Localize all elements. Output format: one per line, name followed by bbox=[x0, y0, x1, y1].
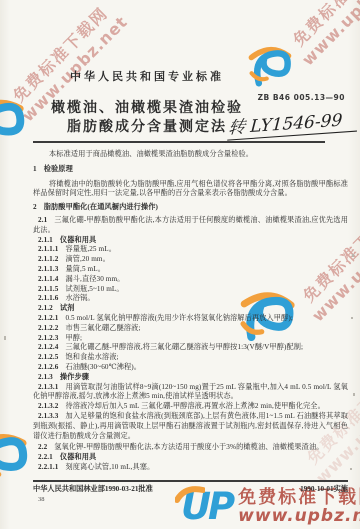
clause-number: 2.1.2.4 bbox=[38, 343, 58, 351]
standard-header: 中华人民共和国专业标准 bbox=[32, 68, 262, 84]
subclause-heading: 2.1.1仪器和用具 bbox=[33, 236, 348, 246]
clause-text: 容量瓶,25 mL。 bbox=[65, 245, 116, 253]
clause-text: 三氟化硼-甲醇脂肪酸甲酯化法,本方法适用于任何酸度的橄榄油、油橄榄果渣油,应优先… bbox=[33, 216, 348, 234]
clause-line: 2.1.1.6水浴锅。 bbox=[33, 294, 348, 304]
footer: 中华人民共和国林业部1990-03-21批准 1990-10-01实施 bbox=[33, 484, 348, 494]
watermark-top-right: 免费标准下载网 www.upbz.net bbox=[270, 0, 360, 84]
subclause-heading: 2.1.3操作步骤 bbox=[33, 373, 348, 383]
clause-number: 2.1.2 bbox=[38, 304, 53, 312]
document-body: 本标准适用于商品橄榄油、油橄榄果渣油脂肪酸成分含量检验。 1检验原理 将橄榄油中… bbox=[33, 150, 348, 473]
clause-number: 2.1.2.5 bbox=[38, 353, 58, 361]
clause-line: 2.1.2.10.5 mol/L 氢氧化钠甲醇溶液(先用少许水将氢氧化钠溶解后再… bbox=[33, 314, 348, 324]
clause-line: 2.2氢氧化钾-甲醇脂肪酸甲酯化法,本方法适用于酸度小于3%的橄榄油、油橄榄果渣… bbox=[33, 443, 348, 453]
scan-speck bbox=[353, 393, 355, 396]
scope-paragraph: 本标准适用于商品橄榄油、油橄榄果渣油脂肪酸成分含量检验。 bbox=[33, 150, 348, 160]
scan-speck bbox=[4, 336, 6, 340]
approval-text: 中华人民共和国林业部1990-03-21批准 bbox=[33, 484, 153, 494]
clause-text: 待溶液冷却后加入5 mL 三氟化硼-甲醇溶液,再置水浴上煮沸2 min,使甲酯化… bbox=[65, 402, 324, 410]
clause-number: 2.1.1.3 bbox=[38, 265, 58, 273]
clause-text: 漏斗,直径30 mm。 bbox=[65, 275, 124, 283]
clause-text: 仪器和用具 bbox=[60, 236, 96, 244]
clause-number: 2.1.2.6 bbox=[38, 363, 58, 371]
clause-number: 2.1.1 bbox=[38, 236, 53, 244]
section-heading: 1检验原理 bbox=[33, 165, 348, 175]
scan-speck bbox=[350, 468, 352, 470]
clause-number: 2.1.2.1 bbox=[38, 314, 58, 322]
clause-number: 2.1.3.2 bbox=[38, 402, 58, 410]
clause-number: 2.1.3.3 bbox=[38, 412, 58, 420]
scan-speck bbox=[352, 254, 354, 257]
header-rule bbox=[33, 141, 325, 143]
clause-number: 2.1.1.2 bbox=[38, 255, 58, 263]
clause-number: 2.1.2.2 bbox=[38, 324, 58, 332]
clause-text: 脂肪酸甲酯化(在通风橱内进行操作) bbox=[44, 203, 158, 211]
clause-number: 2.2.1.1 bbox=[38, 463, 58, 471]
clause-line: 2.2.1.1刻度离心试管,10 mL,具塞。 bbox=[33, 463, 348, 473]
clause-text: 试剂瓶,5~10 mL。 bbox=[65, 285, 123, 293]
clause-line: 2.1.1.4漏斗,直径30 mm。 bbox=[33, 275, 348, 285]
clause-line: 2.1.1.2滴管,20 mm。 bbox=[33, 255, 348, 265]
clause-text: 甲醇; bbox=[65, 334, 82, 342]
clause-number: 2.1 bbox=[38, 216, 47, 224]
clause-line: 2.1.2.3甲醇; bbox=[33, 334, 348, 344]
clause-text: 0.5 mol/L 氢氧化钠甲醇溶液(先用少许水将氢氧化钠溶解后再放入甲醇); bbox=[65, 314, 292, 322]
clause-text: 氢氧化钾-甲醇脂肪酸甲酯化法,本方法适用于酸度小于3%的橄榄油、油橄榄果渣油。 bbox=[54, 443, 323, 451]
clause-number: 2.1.1.6 bbox=[38, 294, 58, 302]
scan-speck bbox=[351, 317, 353, 319]
clause-line: 2.1.2.5饱和食盐水溶液; bbox=[33, 353, 348, 363]
subclause-heading: 2.2.1仪器和用具 bbox=[33, 453, 348, 463]
clause-number: 2.1.1.1 bbox=[38, 245, 58, 253]
up-logo-icon bbox=[0, 94, 28, 150]
subclause-heading: 2.1.2试剂 bbox=[33, 304, 348, 314]
clause-number: 2.2.1 bbox=[38, 453, 53, 461]
clause-number: 2 bbox=[33, 203, 37, 211]
effective-date: 1990-10-01实施 bbox=[300, 484, 348, 494]
watermark-site-name: 免费标准下载网 bbox=[270, 0, 360, 70]
clause-text: 量筒,5 mL。 bbox=[65, 265, 105, 273]
standard-number: ZB B46 005.13—90 bbox=[258, 93, 345, 102]
clause-line: 2.1.1.1容量瓶,25 mL。 bbox=[33, 245, 348, 255]
clause-text: 滴管,20 mm。 bbox=[65, 255, 109, 263]
clause-number: 2.1.1.5 bbox=[38, 285, 58, 293]
principle-paragraph: 将橄榄油中的脂肪酸转化为脂肪酸甲酯,应用气相色谱仪将各甲酯分离,对照各脂肪酸甲酯… bbox=[33, 180, 348, 200]
watermark-site-url: www.upbz.net bbox=[238, 507, 360, 525]
clause-text: 市售三氟化硼乙醚溶液; bbox=[65, 324, 140, 332]
clause-number: 2.1.3 bbox=[38, 373, 53, 381]
page-number: 38 bbox=[38, 496, 45, 503]
clause-number: 2.1.2.3 bbox=[38, 334, 58, 342]
clause-line: 2.1三氟化硼-甲醇脂肪酸甲酯化法,本方法适用于任何酸度的橄榄油、油橄榄果渣油,… bbox=[33, 216, 348, 236]
clause-line: 2.1.3.1用滴管取混匀油脂试样8~9滴(120~150 mg)置于25 mL… bbox=[33, 383, 348, 403]
clause-text: 仪器和用具 bbox=[60, 453, 96, 461]
clause-text: 检验原理 bbox=[44, 165, 73, 173]
clause-number: 2.1.1.4 bbox=[38, 275, 58, 283]
clause-line: 2.1.3.2待溶液冷却后加入5 mL 三氟化硼-甲醇溶液,再置水浴上煮沸2 m… bbox=[33, 402, 348, 412]
clause-text: 石油醚(30~60℃沸程)。 bbox=[65, 363, 141, 371]
clause-number: 1 bbox=[33, 165, 37, 173]
clause-number: 2.1.3.1 bbox=[38, 383, 58, 391]
watermark-site-url: www.upbz.net bbox=[284, 0, 360, 84]
clause-text: 水浴锅。 bbox=[65, 294, 94, 302]
up-logo-icon bbox=[0, 428, 30, 486]
clause-text: 三氟化硼乙醚-甲醇溶液,将三氟化硼乙醚溶液与甲醇按1:3(V醚/V甲醇)配制; bbox=[65, 343, 303, 351]
document-title-line1: 橄榄油、油橄榄果渣油检验 bbox=[32, 97, 262, 117]
footer-rule bbox=[33, 480, 348, 482]
document-page: 免费标准下载网 www.upbz.net 免费标准下载网 www.upbz.ne… bbox=[0, 0, 360, 529]
clause-text: 刻度离心试管,10 mL,具塞。 bbox=[65, 463, 154, 471]
clause-text: 饱和食盐水溶液; bbox=[65, 353, 118, 361]
clause-line: 2.1.1.5试剂瓶,5~10 mL。 bbox=[33, 285, 348, 295]
section-heading: 2脂肪酸甲酯化(在通风橱内进行操作) bbox=[33, 203, 348, 213]
clause-line: 2.1.2.6石油醚(30~60℃沸程)。 bbox=[33, 363, 348, 373]
clause-text: 用滴管取混匀油脂试样8~9滴(120~150 mg)置于25 mL 容量瓶中,加… bbox=[33, 383, 348, 401]
clause-text: 操作步骤 bbox=[60, 373, 89, 381]
clause-line: 2.1.3.3加入足够量的饱和食盐水溶液(到瓶颈底部),上层有黄色液体,用1~1… bbox=[33, 412, 348, 441]
clause-text: 加入足够量的饱和食盐水溶液(到瓶颈底部),上层有黄色液体,用1~1.5 mL 石… bbox=[33, 412, 348, 440]
clause-line: 2.1.2.2市售三氟化硼乙醚溶液; bbox=[33, 324, 348, 334]
clause-text: 试剂 bbox=[60, 304, 75, 312]
clause-number: 2.2 bbox=[38, 443, 47, 451]
clause-line: 2.1.1.3量筒,5 mL。 bbox=[33, 265, 348, 275]
clause-line: 2.1.2.4三氟化硼乙醚-甲醇溶液,将三氟化硼乙醚溶液与甲醇按1:3(V醚/V… bbox=[33, 343, 348, 353]
